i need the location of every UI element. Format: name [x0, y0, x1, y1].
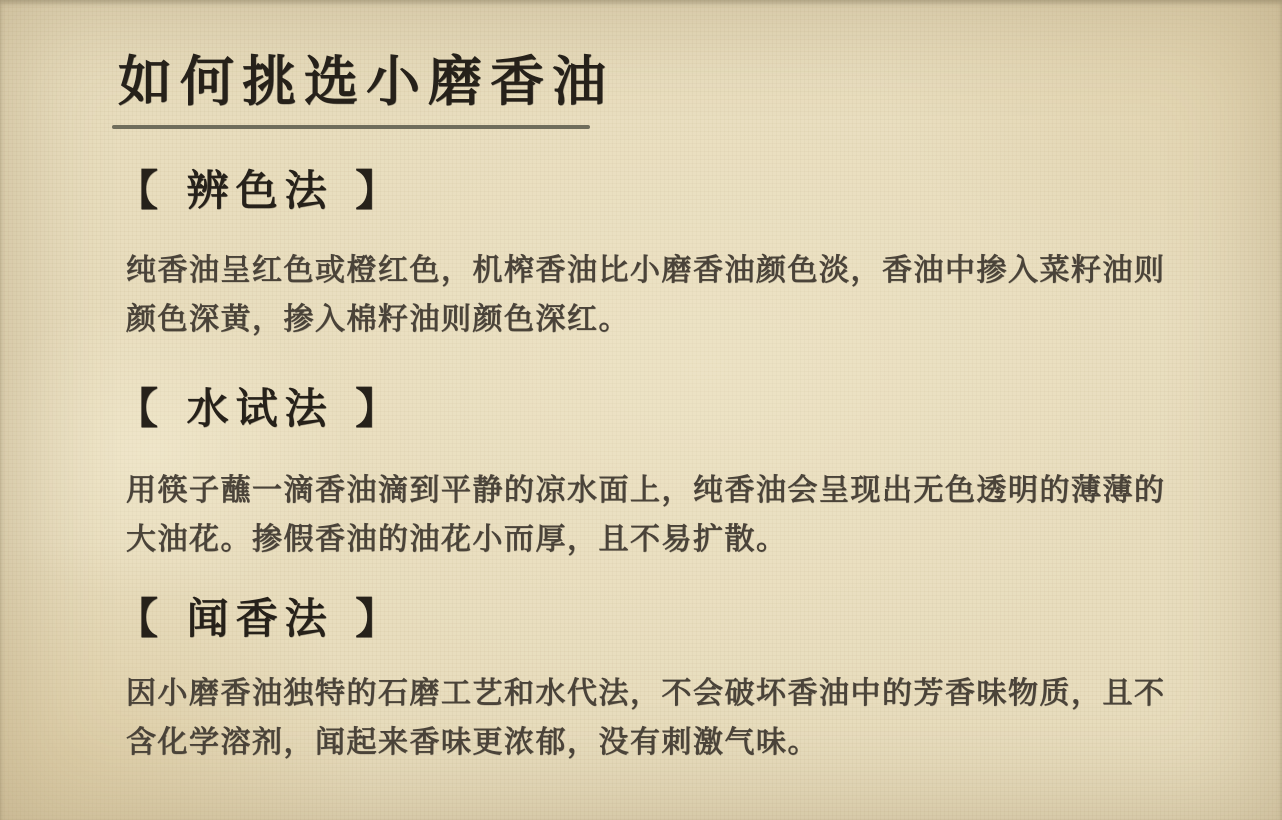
section-heading-water-test: 【 水试法 】 [116, 384, 404, 434]
body-text-line: 纯香油呈红色或橙红色，机榨香油比小磨香油颜色淡，香油中掺入菜籽油则 [126, 246, 1201, 295]
section-heading-smell-test: 【 闻香法 】 [116, 594, 404, 644]
body-text-line: 用筷子蘸一滴香油滴到平静的凉水面上，纯香油会呈现出无色透明的薄薄的 [126, 466, 1201, 515]
document-page: 如何挑选小磨香油 【 辨色法 】 纯香油呈红色或橙红色，机榨香油比小磨香油颜色淡… [0, 0, 1282, 820]
body-text-line: 含化学溶剂，闻起来香味更浓郁，没有刺激气味。 [126, 718, 1201, 767]
body-text-line: 颜色深黄，掺入棉籽油则颜色深红。 [126, 295, 1201, 344]
body-text-line: 因小磨香油独特的石磨工艺和水代法，不会破坏香油中的芳香味物质，且不 [126, 669, 1201, 718]
body-text-line: 大油花。掺假香油的油花小而厚，且不易扩散。 [126, 515, 1201, 564]
section-body-smell-test: 因小磨香油独特的石磨工艺和水代法，不会破坏香油中的芳香味物质，且不 含化学溶剂，… [126, 669, 1201, 767]
section-heading-color-test: 【 辨色法 】 [116, 166, 404, 216]
page-title: 如何挑选小磨香油 [118, 48, 614, 116]
section-body-water-test: 用筷子蘸一滴香油滴到平静的凉水面上，纯香油会呈现出无色透明的薄薄的 大油花。掺假… [126, 466, 1201, 564]
section-body-color-test: 纯香油呈红色或橙红色，机榨香油比小磨香油颜色淡，香油中掺入菜籽油则 颜色深黄，掺… [126, 246, 1201, 344]
title-underline [112, 125, 590, 129]
